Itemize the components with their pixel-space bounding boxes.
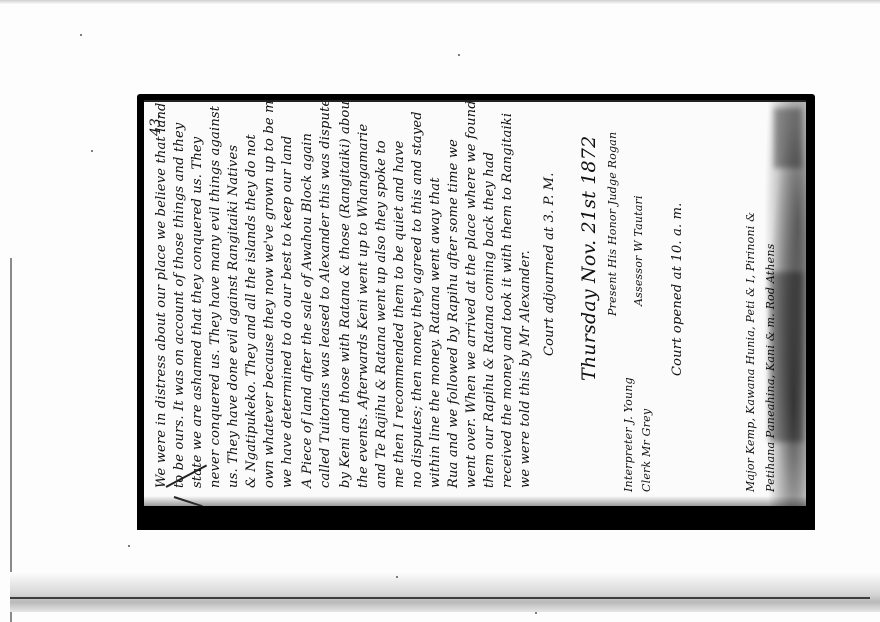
speck [535, 612, 537, 614]
speck [396, 576, 398, 578]
body-line: to be ours. It was on account of those t… [172, 123, 187, 488]
manuscript-page: 43. We were in distress about our place … [137, 94, 815, 530]
body-line: them our Rapihu & Ratana coming back the… [482, 152, 497, 488]
body-line: we were told this by Mr Alexander. [518, 250, 533, 488]
clerk-line: Clerk Mr Grey [640, 409, 653, 492]
court-opened-note: Court opened at 10. a. m. [670, 203, 685, 376]
body-line: called Tuitorias was leased to Alexander… [318, 100, 333, 488]
body-line: own whatever because they now we've grow… [262, 100, 277, 488]
scan-top-edge [0, 0, 880, 4]
body-line: and Te Rajihu & Ratana went up also they… [374, 140, 389, 488]
date-heading: Thursday Nov. 21st 1872 [578, 136, 600, 381]
body-line: never conquered us. They have many evil … [208, 106, 223, 488]
body-line: went over. When we arrived at the place … [464, 100, 479, 488]
body-line: me then I recommended them to be quiet a… [392, 140, 407, 488]
adjourn-note: Court adjourned at 3. P. M. [542, 172, 557, 356]
page-bottom-shadow [144, 496, 806, 506]
body-line: state we are ashamed that they conquered… [190, 137, 205, 488]
manuscript-paper: 43. We were in distress about our place … [144, 100, 806, 506]
interpreter-line: Interpreter J. Young [622, 377, 635, 492]
body-line: we have determined to do our best to kee… [280, 135, 295, 488]
body-line: Rua and we followed by Rapihu after some… [446, 139, 461, 488]
body-line: us. They have done evil against Rangitai… [226, 145, 241, 488]
body-line: the events. Afterwards Keni went up to W… [356, 124, 371, 488]
body-line: no disputes; then money they agreed to t… [410, 111, 425, 488]
final-line: Major Kemp, Kawana Hunia, Peti & I, Piri… [744, 212, 757, 492]
scan-left-rule [10, 258, 12, 622]
present-line: Present His Honor Judge Rogan [606, 132, 619, 316]
speck [91, 150, 93, 152]
body-line: & Ngatipukeko. They and all the islands … [244, 134, 259, 488]
scanned-image: 43. We were in distress about our place … [0, 0, 880, 622]
speck [80, 34, 82, 36]
speck [458, 54, 460, 56]
binder-shadow [10, 572, 880, 612]
body-line: by Keni and those with Ratana & those (R… [338, 100, 353, 488]
body-line: within line the money. Ratana went away … [428, 177, 443, 488]
binder-line [10, 597, 870, 599]
final-line: Petihana Paneahina, Kani & m. Rod Athens [764, 243, 777, 492]
body-line: received the money and took it with them… [500, 113, 515, 488]
body-line: A Piece of land after the sale of Awahou… [300, 133, 315, 488]
assessor-line: Assessor W Tautari [632, 195, 645, 306]
body-line: We were in distress about our place we b… [154, 102, 169, 488]
speck [128, 545, 130, 547]
rotated-text-block: 43. We were in distress about our place … [144, 102, 806, 506]
